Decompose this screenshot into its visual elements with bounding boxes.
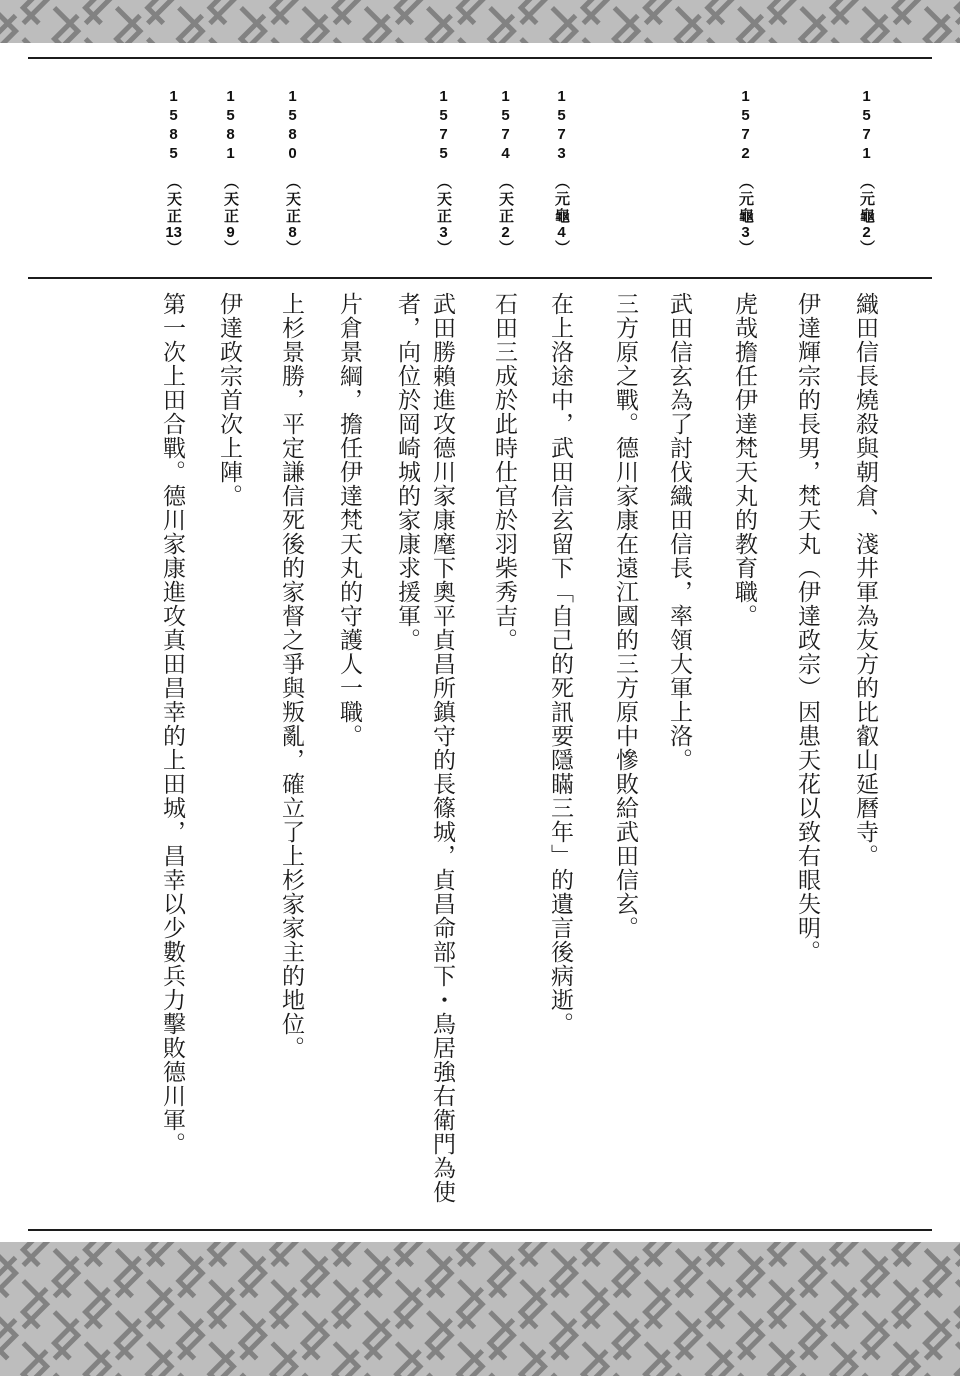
event-column: 虎哉擔任伊達梵天丸的教育職。 (731, 292, 757, 628)
event-column: 三方原之戰。德川家康在遠江國的三方原中慘敗給武田信玄。 (612, 292, 638, 940)
event-column-continuation: 者，向位於岡崎城的家康求援軍。 (394, 292, 420, 652)
era-label: ︵天正2︶ (498, 174, 513, 257)
paren-close: ︶ (284, 240, 301, 257)
paren-open: ︵ (553, 174, 570, 191)
year-digits: 1575 (435, 88, 452, 164)
year-label-1573: 1573︵元龜4︶ (554, 88, 569, 257)
year-digits: 1581 (222, 88, 239, 164)
paren-close: ︶ (553, 240, 570, 257)
year-label-1572: 1572︵元龜3︶ (738, 88, 753, 257)
year-digits: 1572 (737, 88, 754, 164)
event-column: 伊達輝宗的長男，梵天丸︵伊達政宗︶因患天花以致右眼失明。 (794, 292, 820, 964)
event-column: 上杉景勝，平定謙信死後的家督之爭與叛亂，確立了上杉家家主的地位。 (278, 292, 304, 1060)
era-label: ︵天正8︶ (285, 174, 300, 257)
year-digits: 1571 (858, 88, 875, 164)
paren-close: ︶ (222, 240, 239, 257)
timeline-years-band: 1571︵元龜2︶ 1572︵元龜3︶ 1573︵元龜4︶ 1574︵天正2︶ … (0, 59, 960, 277)
book-page: 1571︵元龜2︶ 1572︵元龜3︶ 1573︵元龜4︶ 1574︵天正2︶ … (0, 0, 960, 1376)
year-label-1580: 1580︵天正8︶ (285, 88, 300, 257)
event-column: 武田勝賴進攻德川家康麾下奧平貞昌所鎮守的長篠城，貞昌命部下・鳥居強右衛門為使 (429, 292, 455, 1204)
bottom-gap (0, 1231, 960, 1242)
paren-open: ︵ (284, 174, 301, 191)
paren-open: ︵ (165, 174, 182, 191)
event-column: 在上洛途中，武田信玄留下﹁自己的死訊要隱瞞三年﹂的遺言後病逝。 (547, 292, 573, 1036)
paren-close: ︶ (165, 240, 182, 257)
year-digits: 1574 (497, 88, 514, 164)
era-label: ︵元龜3︶ (738, 174, 753, 257)
event-column: 織田信長燒殺與朝倉、淺井軍為友方的比叡山延曆寺。 (852, 292, 878, 868)
year-label-1581: 1581︵天正9︶ (223, 88, 238, 257)
year-digits: 1585 (165, 88, 182, 164)
timeline-events-band: 織田信長燒殺與朝倉、淺井軍為友方的比叡山延曆寺。 伊達輝宗的長男，梵天丸︵伊達政… (0, 279, 960, 1229)
paren-close: ︶ (737, 240, 754, 257)
paren-open: ︵ (222, 174, 239, 191)
year-label-1585: 1585︵天正13︶ (166, 88, 181, 257)
event-column: 武田信玄為了討伐織田信長，率領大軍上洛。 (666, 292, 692, 772)
sayagata-border-bottom (0, 1242, 960, 1376)
era-label: ︵元龜4︶ (554, 174, 569, 257)
event-column: 第一次上田合戰。德川家康進攻真田昌幸的上田城，昌幸以少數兵力擊敗德川軍。 (159, 292, 185, 1156)
year-digits: 1573 (553, 88, 570, 164)
sayagata-border-top (0, 0, 960, 43)
era-label: ︵天正9︶ (223, 174, 238, 257)
year-digits: 1580 (284, 88, 301, 164)
paren-open: ︵ (435, 174, 452, 191)
paren-open: ︵ (497, 174, 514, 191)
event-column: 伊達政宗首次上陣。 (216, 292, 242, 508)
paren-close: ︶ (497, 240, 514, 257)
era-label: ︵元龜2︶ (859, 174, 874, 257)
paren-open: ︵ (737, 174, 754, 191)
paren-close: ︶ (858, 240, 875, 257)
year-label-1571: 1571︵元龜2︶ (859, 88, 874, 257)
year-label-1575: 1575︵天正3︶ (436, 88, 451, 257)
event-column: 石田三成於此時仕官於羽柴秀吉。 (491, 292, 517, 652)
year-label-1574: 1574︵天正2︶ (498, 88, 513, 257)
era-label: ︵天正13︶ (166, 174, 181, 257)
paren-open: ︵ (858, 174, 875, 191)
event-column: 片倉景綱，擔任伊達梵天丸的守護人一職。 (336, 292, 362, 748)
era-label: ︵天正3︶ (436, 174, 451, 257)
paren-close: ︶ (435, 240, 452, 257)
